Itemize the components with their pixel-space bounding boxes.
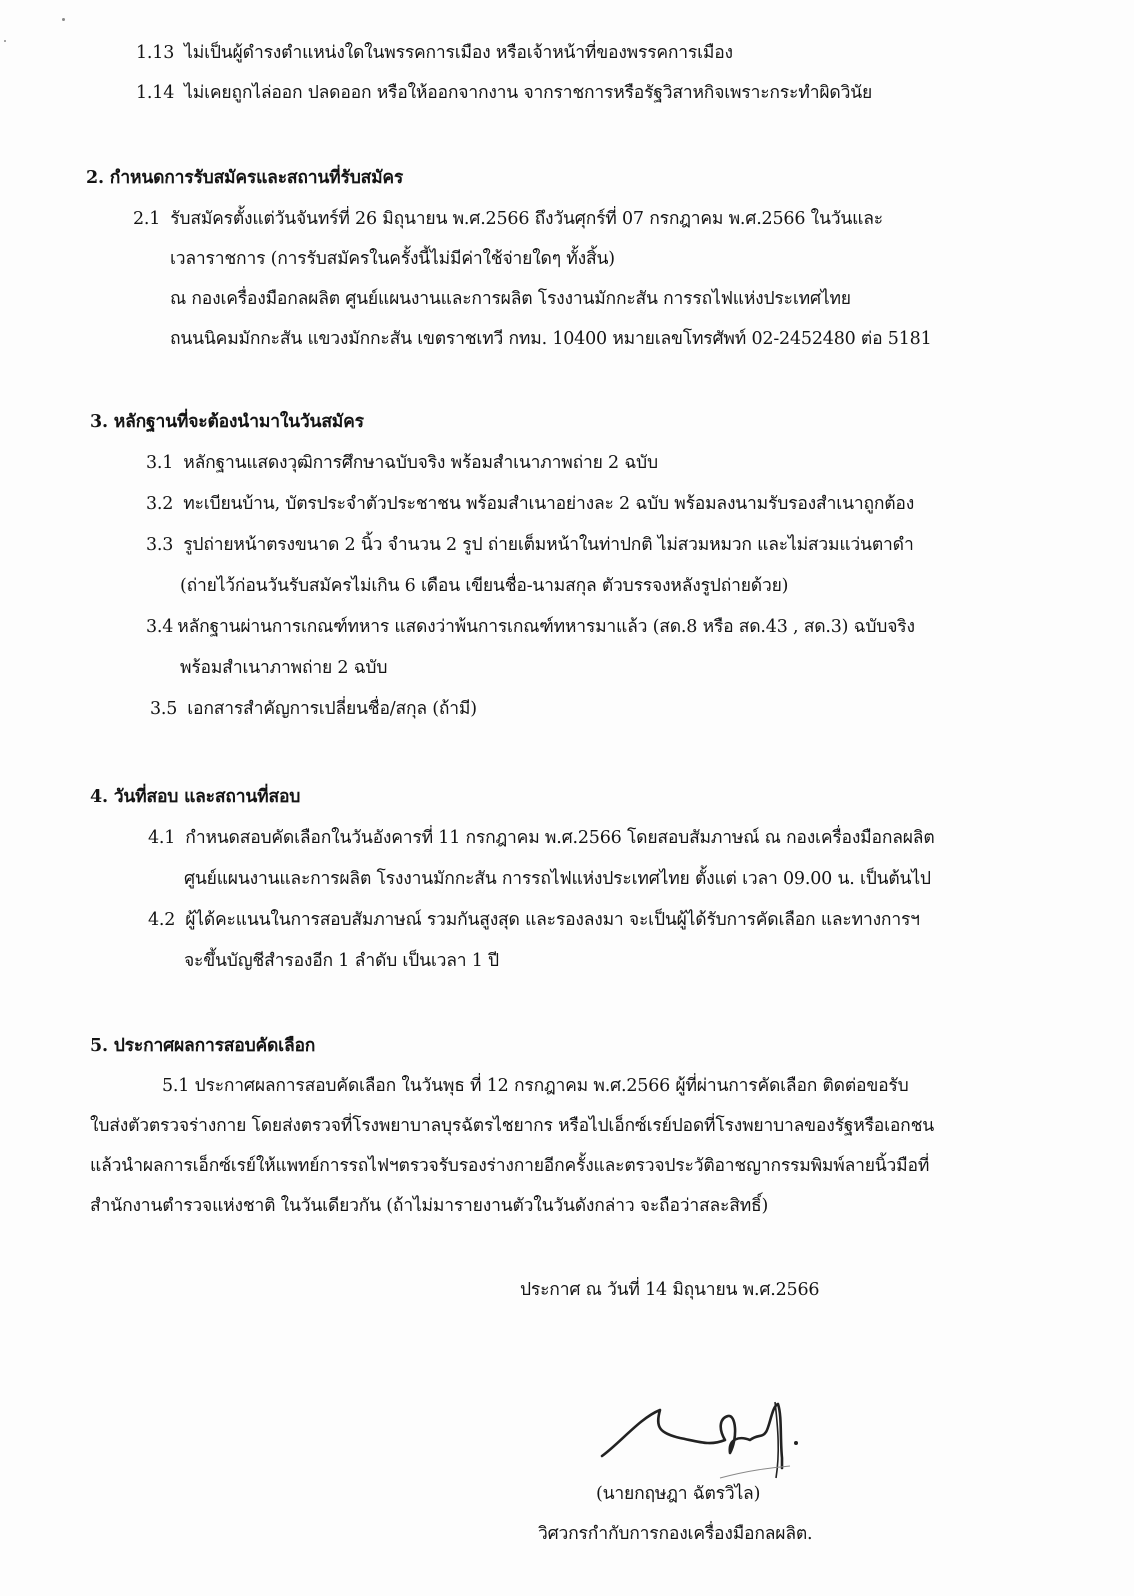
item-5-1-line-3: แล้วนำผลการเอ็กซ์เรย์ให้แพทย์การรถไฟฯตรว… (90, 1154, 929, 1178)
item-5-1-line-4: สำนักงานตำรวจแห่งชาติ ในวันเดียวกัน (ถ้า… (90, 1194, 768, 1218)
item-5-1-line-1: 5.1 ประกาศผลการสอบคัดเลือก ในวันพุธ ที่ … (162, 1074, 909, 1098)
item-text: เอกสารสำคัญการเปลี่ยนชื่อ/สกุล (ถ้ามี) (187, 699, 477, 719)
item-3-1: 3.1หลักฐานแสดงวุฒิการศึกษาฉบับจริง พร้อม… (146, 451, 658, 475)
item-text: กำหนดสอบคัดเลือกในวันอังคารที่ 11 กรกฎาค… (185, 828, 934, 848)
item-1-14: 1.14ไม่เคยถูกไล่ออก ปลดออก หรือให้ออกจาก… (136, 81, 872, 105)
section-2-heading: 2. กำหนดการรับสมัครและสถานที่รับสมัคร (86, 166, 403, 190)
item-text: ผู้ได้คะแนนในการสอบสัมภาษณ์ รวมกันสูงสุด… (185, 910, 920, 930)
item-4-2-line-2: จะขึ้นบัญชีสำรองอีก 1 ลำดับ เป็นเวลา 1 ป… (184, 949, 499, 973)
signatory-position: วิศวกรกำกับการกองเครื่องมือกลผลิต. (538, 1522, 812, 1546)
item-2-1-line-1: 2.1รับสมัครตั้งแต่วันจันทร์ที่ 26 มิถุนา… (133, 207, 883, 231)
item-3-5: 3.5เอกสารสำคัญการเปลี่ยนชื่อ/สกุล (ถ้ามี… (150, 697, 477, 721)
item-2-1-line-2: เวลาราชการ (การรับสมัครในครั้งนี้ไม่มีค่… (170, 247, 615, 271)
item-text: หลักฐานแสดงวุฒิการศึกษาฉบับจริง พร้อมสำเ… (183, 453, 658, 473)
item-text: ไม่เคยถูกไล่ออก ปลดออก หรือให้ออกจากงาน … (184, 83, 872, 103)
item-text: ไม่เป็นผู้ดำรงตำแหน่งใดในพรรคการเมือง หร… (184, 43, 733, 63)
scan-speck (62, 18, 65, 21)
item-text: รับสมัครตั้งแต่วันจันทร์ที่ 26 มิถุนายน … (170, 209, 883, 229)
item-number: 3.5 (150, 697, 177, 721)
item-4-1-line-2: ศูนย์แผนงานและการผลิต โรงงานมักกะสัน การ… (184, 867, 931, 891)
item-number: 1.14 (136, 81, 174, 105)
item-3-4-line-1: 3.4หลักฐานผ่านการเกณฑ์ทหาร แสดงว่าพ้นการ… (146, 615, 915, 639)
item-3-3-line-2: (ถ่ายไว้ก่อนวันรับสมัครไม่เกิน 6 เดือน เ… (180, 574, 788, 598)
section-3-heading: 3. หลักฐานที่จะต้องนำมาในวันสมัคร (90, 410, 364, 434)
item-number: 2.1 (133, 207, 160, 231)
item-4-2-line-1: 4.2ผู้ได้คะแนนในการสอบสัมภาษณ์ รวมกันสูง… (148, 908, 920, 932)
item-1-13: 1.13ไม่เป็นผู้ดำรงตำแหน่งใดในพรรคการเมือ… (136, 41, 733, 65)
section-5-heading: 5. ประกาศผลการสอบคัดเลือก (90, 1034, 315, 1058)
item-number: 3.4 (146, 615, 173, 639)
item-3-4-line-2: พร้อมสำเนาภาพถ่าย 2 ฉบับ (180, 656, 387, 680)
item-3-2: 3.2ทะเบียนบ้าน, บัตรประจำตัวประชาชน พร้อ… (146, 492, 914, 516)
item-number: 4.1 (148, 826, 175, 850)
item-5-1-line-2: ใบส่งตัวตรวจร่างกาย โดยส่งตรวจที่โรงพยาบ… (90, 1114, 934, 1138)
item-text: ทะเบียนบ้าน, บัตรประจำตัวประชาชน พร้อมสำ… (183, 494, 914, 514)
item-text: รูปถ่ายหน้าตรงขนาด 2 นิ้ว จำนวน 2 รูป ถ่… (183, 535, 913, 555)
document-page: 1.13ไม่เป็นผู้ดำรงตำแหน่งใดในพรรคการเมือ… (0, 0, 1134, 1596)
scan-speck (4, 40, 6, 42)
item-2-1-line-3: ณ กองเครื่องมือกลผลิต ศูนย์แผนงานและการผ… (170, 287, 851, 311)
item-4-1-line-1: 4.1กำหนดสอบคัดเลือกในวันอังคารที่ 11 กรก… (148, 826, 935, 850)
announcement-date: ประกาศ ณ วันที่ 14 มิถุนายน พ.ศ.2566 (520, 1278, 819, 1302)
item-number: 3.2 (146, 492, 173, 516)
signatory-name: (นายกฤษฎา ฉัตรวิไล) (596, 1482, 760, 1506)
item-number: 3.3 (146, 533, 173, 557)
section-4-heading: 4. วันที่สอบ และสถานที่สอบ (90, 785, 300, 809)
item-2-1-line-4: ถนนนิคมมักกะสัน แขวงมักกะสัน เขตราชเทวี … (170, 327, 932, 351)
item-number: 1.13 (136, 41, 174, 65)
item-text: หลักฐานผ่านการเกณฑ์ทหาร แสดงว่าพ้นการเกณ… (177, 617, 915, 637)
item-number: 3.1 (146, 451, 173, 475)
item-number: 4.2 (148, 908, 175, 932)
item-3-3-line-1: 3.3รูปถ่ายหน้าตรงขนาด 2 นิ้ว จำนวน 2 รูป… (146, 533, 914, 557)
